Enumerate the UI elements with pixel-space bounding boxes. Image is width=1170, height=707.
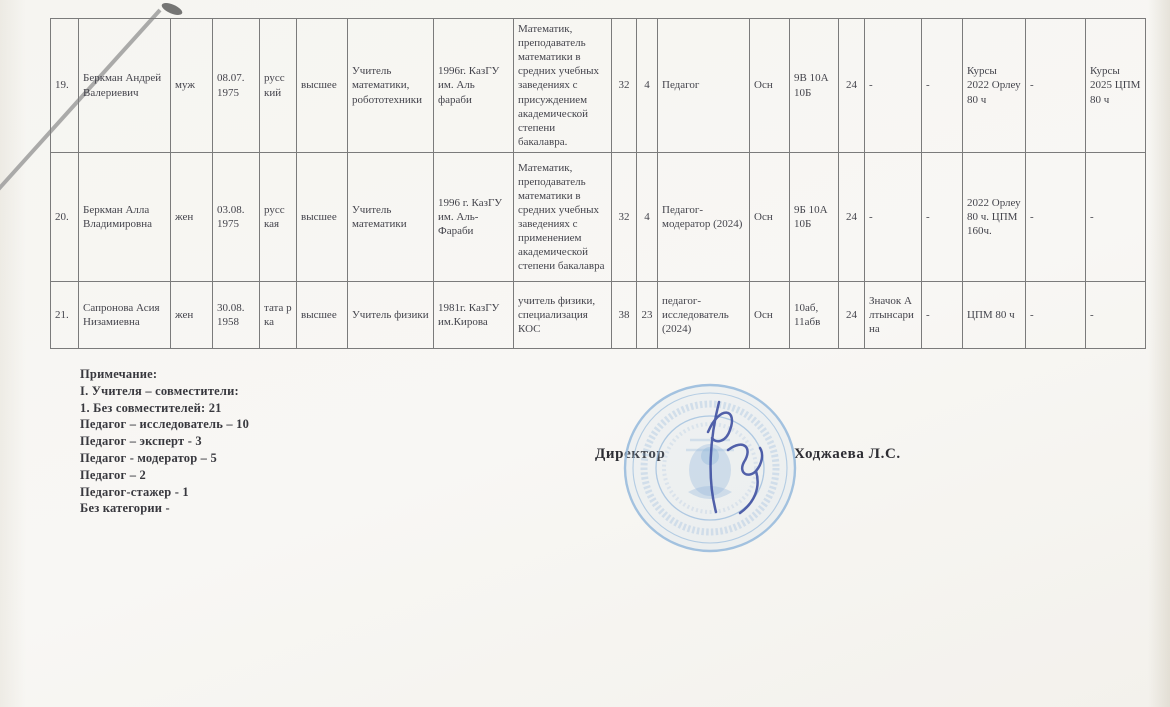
cell-employment: Осн	[750, 153, 790, 282]
cell-qualification: Математик, преподаватель математики в ср…	[514, 19, 612, 153]
cell-hours: 24	[839, 19, 865, 153]
director-name: Ходжаева Л.С.	[794, 446, 901, 463]
cell-nationality: русс кая	[260, 153, 297, 282]
cell-employment: Осн	[750, 19, 790, 153]
cell-hours: 24	[839, 282, 865, 349]
director-label: Директор	[595, 446, 665, 463]
cell-education: высшее	[297, 282, 348, 349]
cell-category: Педагог	[658, 19, 750, 153]
cell-nationality: тата рка	[260, 282, 297, 349]
cell-classes: 9Б 10А 10Б	[790, 153, 839, 282]
cell-award: -	[865, 19, 922, 153]
cell-extra1: -	[922, 19, 963, 153]
cell-courses: Курсы 2022 Орлеу 80 ч	[963, 19, 1026, 153]
note-line: 1. Без совместителей: 21	[80, 400, 249, 417]
table-body: 19.Беркман Андрей Валериевичмуж08.07. 19…	[51, 19, 1146, 349]
table-row: 21.Сапронова Асия Низамиевнажен30.08. 19…	[51, 282, 1146, 349]
note-line: I. Учителя – совместители:	[80, 383, 249, 400]
cell-exp_total: 32	[612, 19, 637, 153]
cell-gender: жен	[171, 282, 213, 349]
notes-block: Примечание:I. Учителя – совместители:1. …	[80, 366, 249, 517]
cell-gender: жен	[171, 153, 213, 282]
cell-gender: муж	[171, 19, 213, 153]
cell-qualification: Математик, преподаватель математики в ср…	[514, 153, 612, 282]
cell-name: Беркман Андрей Валериевич	[79, 19, 171, 153]
cell-specialty: Учитель математики	[348, 153, 434, 282]
cell-extra2: -	[1026, 282, 1086, 349]
note-line: Педагог-стажер - 1	[80, 484, 249, 501]
cell-exp_total: 32	[612, 153, 637, 282]
scanned-document-page: 19.Беркман Андрей Валериевичмуж08.07. 19…	[0, 0, 1170, 707]
cell-exp_total: 38	[612, 282, 637, 349]
note-line: Педагог – 2	[80, 467, 249, 484]
cell-exp_teaching: 23	[637, 282, 658, 349]
staff-table: 19.Беркман Андрей Валериевичмуж08.07. 19…	[50, 18, 1146, 349]
cell-university: 1996 г. КазГУ им. Аль- Фараби	[434, 153, 514, 282]
note-line: Примечание:	[80, 366, 249, 383]
note-line: Педагог – эксперт - 3	[80, 433, 249, 450]
cell-num: 21.	[51, 282, 79, 349]
cell-classes: 9В 10А 10Б	[790, 19, 839, 153]
cell-employment: Осн	[750, 282, 790, 349]
cell-num: 20.	[51, 153, 79, 282]
table-row: 19.Беркман Андрей Валериевичмуж08.07. 19…	[51, 19, 1146, 153]
cell-education: высшее	[297, 19, 348, 153]
note-line: Педагог - модератор – 5	[80, 450, 249, 467]
cell-qualification: учитель физики, специализация КОС	[514, 282, 612, 349]
cell-courses2: -	[1086, 153, 1146, 282]
cell-extra1: -	[922, 282, 963, 349]
cell-category: педагог- исследователь (2024)	[658, 282, 750, 349]
cell-specialty: Учитель физики	[348, 282, 434, 349]
cell-award: Значок Алтынсарина	[865, 282, 922, 349]
cell-category: Педагог- модератор (2024)	[658, 153, 750, 282]
cell-courses: ЦПМ 80 ч	[963, 282, 1026, 349]
cell-extra2: -	[1026, 153, 1086, 282]
note-line: Педагог – исследователь – 10	[80, 416, 249, 433]
cell-university: 1996г. КазГУ им. Аль фараби	[434, 19, 514, 153]
cell-name: Беркман Алла Владимировна	[79, 153, 171, 282]
cell-classes: 10аб, 11абв	[790, 282, 839, 349]
cell-courses: 2022 Орлеу 80 ч. ЦПМ 160ч.	[963, 153, 1026, 282]
cell-award: -	[865, 153, 922, 282]
official-stamp-icon	[620, 380, 802, 558]
note-line: Без категории -	[80, 500, 249, 517]
signature-ink	[708, 402, 762, 513]
cell-extra2: -	[1026, 19, 1086, 153]
cell-num: 19.	[51, 19, 79, 153]
cell-courses2: Курсы 2025 ЦПМ 80 ч	[1086, 19, 1146, 153]
cell-specialty: Учитель математики, робототехники	[348, 19, 434, 153]
cell-university: 1981г. КазГУ им.Кирова	[434, 282, 514, 349]
cell-birth_date: 08.07. 1975	[213, 19, 260, 153]
cell-birth_date: 30.08. 1958	[213, 282, 260, 349]
cell-exp_teaching: 4	[637, 153, 658, 282]
cell-name: Сапронова Асия Низамиевна	[79, 282, 171, 349]
table-row: 20.Беркман Алла Владимировнажен03.08. 19…	[51, 153, 1146, 282]
cell-extra1: -	[922, 153, 963, 282]
cell-education: высшее	[297, 153, 348, 282]
cell-exp_teaching: 4	[637, 19, 658, 153]
cell-birth_date: 03.08. 1975	[213, 153, 260, 282]
cell-hours: 24	[839, 153, 865, 282]
cell-nationality: русс кий	[260, 19, 297, 153]
cell-courses2: -	[1086, 282, 1146, 349]
